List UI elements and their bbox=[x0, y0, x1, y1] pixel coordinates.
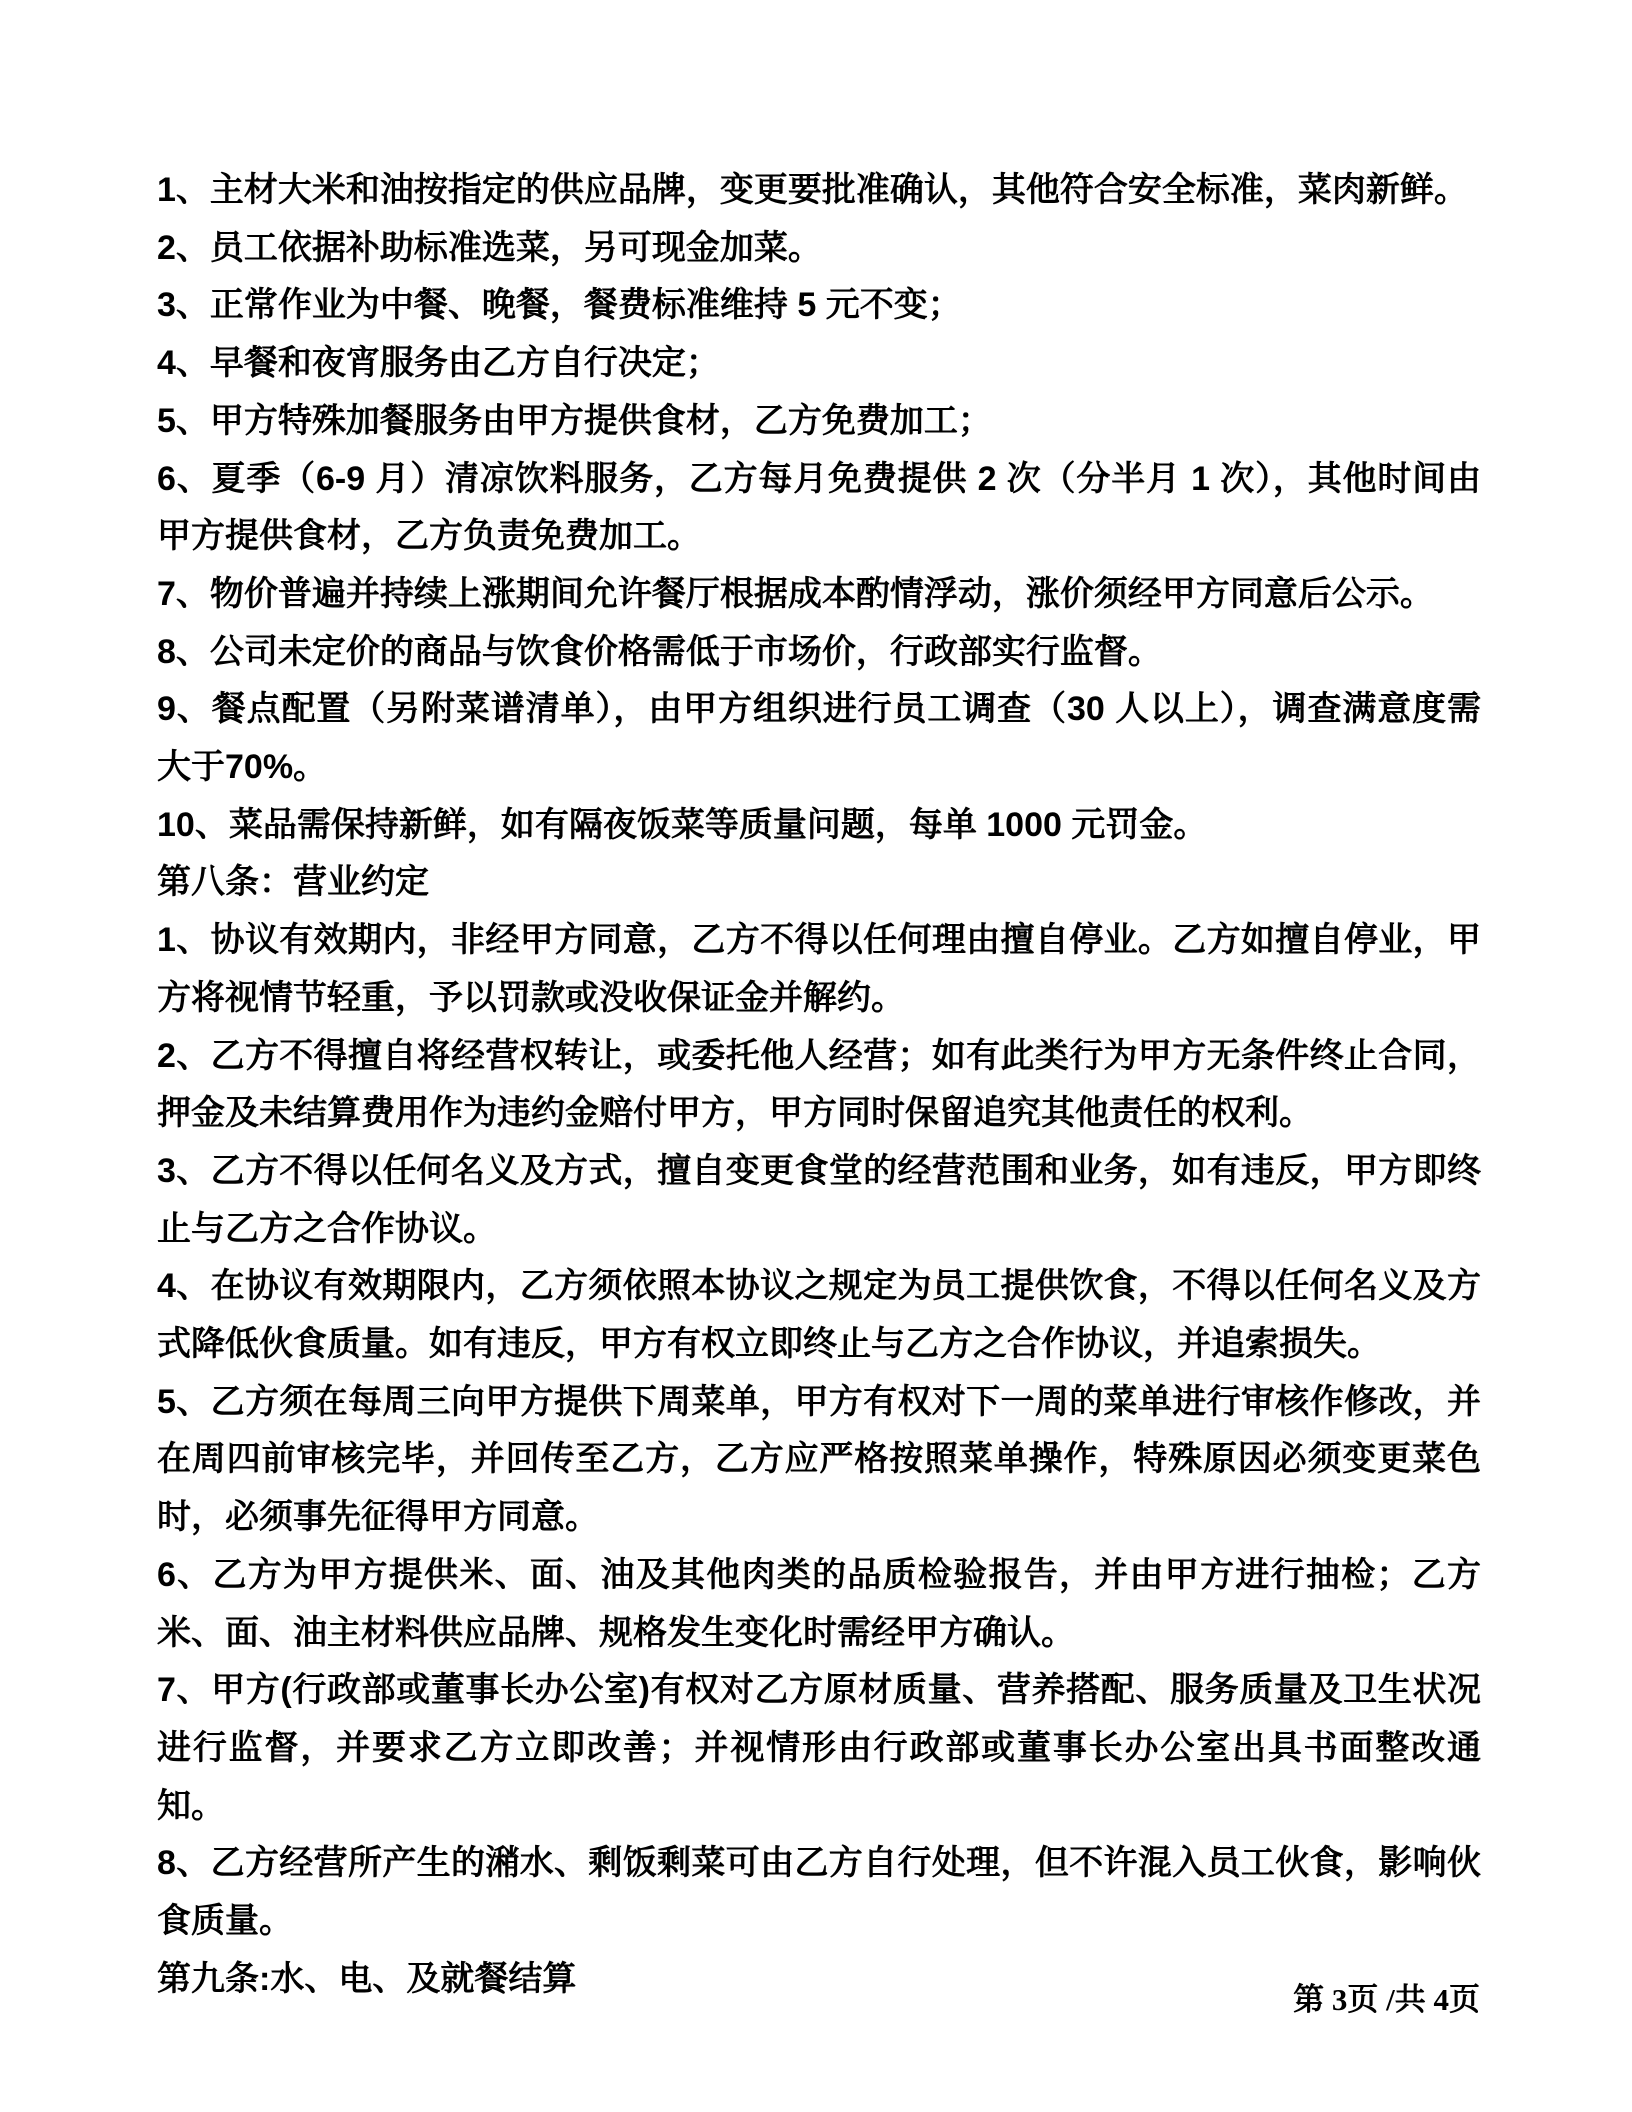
contract-clause: 4、在协议有效期限内，乙方须依照本协议之规定为员工提供饮食，不得以任何名义及方式… bbox=[157, 1258, 1481, 1373]
contract-clause: 3、乙方不得以任何名义及方式，擅自变更食堂的经营范围和业务，如有违反，甲方即终止… bbox=[157, 1143, 1481, 1258]
page-footer: 第 3页 /共 4页 bbox=[1293, 1974, 1480, 2019]
contract-clause: 2、乙方不得擅自将经营权转让，或委托他人经营；如有此类行为甲方无条件终止合同，押… bbox=[157, 1028, 1481, 1143]
contract-clause: 5、甲方特殊加餐服务由甲方提供食材，乙方免费加工； bbox=[157, 393, 1481, 451]
contract-clause: 6、乙方为甲方提供米、面、油及其他肉类的品质检验报告，并由甲方进行抽检；乙方米、… bbox=[157, 1547, 1481, 1662]
contract-clause: 1、主材大米和油按指定的供应品牌，变更要批准确认，其他符合安全标准，菜肉新鲜。 bbox=[157, 162, 1481, 220]
contract-clause: 8、公司未定价的商品与饮食价格需低于市场价，行政部实行监督。 bbox=[157, 624, 1481, 682]
contract-clause: 7、甲方(行政部或董事长办公室)有权对乙方原材质量、营养搭配、服务质量及卫生状况… bbox=[157, 1662, 1481, 1835]
page-number-indicator: 第 3页 /共 4页 bbox=[1293, 1982, 1480, 2017]
contract-clause: 10、菜品需保持新鲜，如有隔夜饭菜等质量问题，每单 1000 元罚金。 bbox=[157, 797, 1481, 855]
contract-clause: 5、乙方须在每周三向甲方提供下周菜单，甲方有权对下一周的菜单进行审核作修改，并在… bbox=[157, 1374, 1481, 1547]
contract-clause: 2、员工依据补助标准选菜，另可现金加菜。 bbox=[157, 220, 1481, 278]
contract-clause: 1、协议有效期内，非经甲方同意，乙方不得以任何理由擅自停业。乙方如擅自停业，甲方… bbox=[157, 912, 1481, 1027]
contract-clause: 6、夏季（6-9 月）清凉饮料服务，乙方每月免费提供 2 次（分半月 1 次），… bbox=[157, 451, 1481, 566]
contract-clause: 4、早餐和夜宵服务由乙方自行决定； bbox=[157, 335, 1481, 393]
contract-clause: 7、物价普遍并持续上涨期间允许餐厅根据成本酌情浮动，涨价须经甲方同意后公示。 bbox=[157, 566, 1481, 624]
contract-clause: 8、乙方经营所产生的潲水、剩饭剩菜可由乙方自行处理，但不许混入员工伙食，影响伙食… bbox=[157, 1835, 1481, 1950]
contract-clause: 9、餐点配置（另附菜谱清单），由甲方组织进行员工调查（30 人以上），调查满意度… bbox=[157, 681, 1481, 796]
document-content: 1、主材大米和油按指定的供应品牌，变更要批准确认，其他符合安全标准，菜肉新鲜。2… bbox=[157, 162, 1481, 2009]
document-page: 1、主材大米和油按指定的供应品牌，变更要批准确认，其他符合安全标准，菜肉新鲜。2… bbox=[0, 0, 1632, 2112]
section-heading: 第九条:水、电、及就餐结算 bbox=[157, 1951, 1481, 2009]
contract-clause: 3、正常作业为中餐、晚餐，餐费标准维持 5 元不变； bbox=[157, 277, 1481, 335]
section-heading: 第八条：营业约定 bbox=[157, 854, 1481, 912]
